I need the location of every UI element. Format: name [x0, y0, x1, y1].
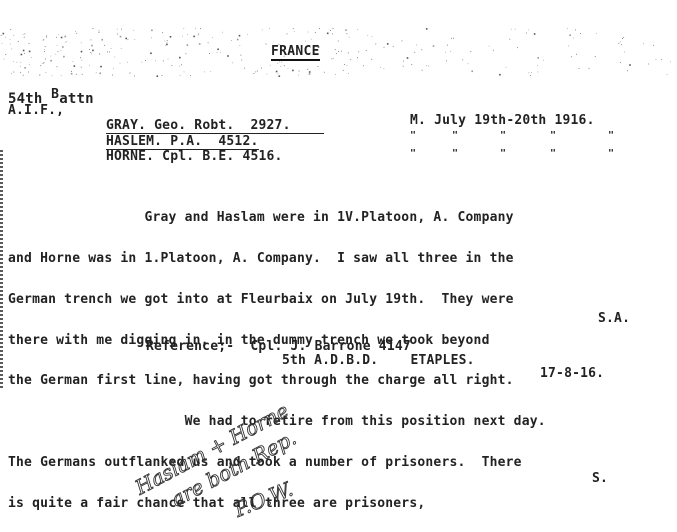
- footer-mark: S.: [592, 472, 608, 486]
- document-page: FRANCE 54th Battn A.I.F., GRAY. Geo. Rob…: [0, 0, 677, 532]
- body-line: the German first line, having got throug…: [8, 374, 546, 388]
- ditto-mark: ": [500, 148, 506, 159]
- battalion-cap: B: [51, 87, 59, 102]
- ditto-mark: ": [410, 130, 416, 141]
- soldier-name-horne: HORNE. Cpl. B.E. 4516.: [106, 150, 283, 164]
- soldier-name-haslem: HASLEM. P.A. 4512.: [106, 135, 259, 150]
- ditto-mark: ": [608, 130, 614, 141]
- body-line: and Horne was in 1.Platoon, A. Company. …: [8, 252, 546, 266]
- reference-label: Reference;-: [146, 339, 234, 354]
- unit-label: A.I.F.,: [8, 104, 64, 118]
- body-line: German trench we got into at Fleurbaix o…: [8, 293, 546, 307]
- handwritten-annotation: Haslam + Horne are both Rep. P.O.W.: [138, 395, 348, 525]
- body-line: Gray and Haslam were in 1V.Platoon, A. C…: [8, 211, 546, 225]
- document-heading: FRANCE: [271, 45, 320, 61]
- scan-noise: [0, 28, 677, 78]
- reference-name: Cpl. J. Barrone 4147: [250, 339, 411, 354]
- reference-unit: 5th A.D.B.D.: [282, 353, 378, 368]
- ditto-mark: ": [500, 130, 506, 141]
- reference-line: Reference;- Cpl. J. Barrone 4147: [146, 340, 411, 354]
- ditto-mark: ": [410, 148, 416, 159]
- ditto-mark: ": [452, 130, 458, 141]
- reference-unit-line: 5th A.D.B.D. ETAPLES.: [282, 354, 475, 368]
- battalion-rest: attn: [59, 91, 94, 107]
- initials: S.A.: [598, 312, 630, 326]
- soldier-name-gray: GRAY. Geo. Robt. 2927.: [106, 119, 324, 134]
- handwritten-line-3: P.O.W.: [230, 477, 296, 522]
- ditto-mark: ": [608, 148, 614, 159]
- ditto-mark: ": [550, 148, 556, 159]
- status-date-line: M. July 19th-20th 1916.: [410, 114, 595, 128]
- ditto-mark: ": [550, 130, 556, 141]
- document-date: 17-8-16.: [540, 367, 604, 381]
- scan-edge-line: [0, 150, 3, 390]
- ditto-mark: ": [452, 148, 458, 159]
- reference-place: ETAPLES.: [410, 353, 474, 368]
